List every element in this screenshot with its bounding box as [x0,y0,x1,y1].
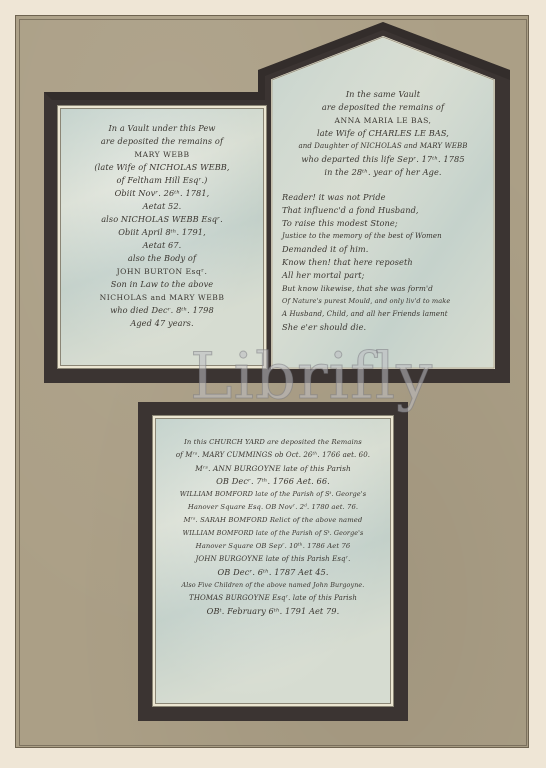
verse-line: But know likewise, that she was form'd [274,282,492,295]
inscription-line: in the 28ᵗʰ. year of her Age. [274,166,492,179]
right-memorial-tablet: In the same Vault are deposited the rema… [274,88,492,334]
verse-line: Of Nature's purest Mould, and only liv'd… [274,295,492,308]
inscription-line: OB Decʳ. 6ᵗʰ. 1787 Aet 45. [155,566,391,579]
verse-line: Know then! that here reposeth [274,256,492,269]
inscription-line: Hanover Square Esq. OB Novʳ. 2ᵈ. 1780 ae… [155,501,391,514]
inscription-line: and Daughter of NICHOLAS and MARY WEBB [274,140,492,153]
inscription-line: THOMAS BURGOYNE Esqʳ. late of this Paris… [155,592,391,605]
inscription-line: In the same Vault [274,88,492,101]
inscription-line: of Mʳˢ. MARY CUMMINGS ob Oct. 26ᵗʰ. 1766… [155,449,391,462]
inscription-line: MARY WEBB [60,148,264,161]
inscription-line: late Wife of CHARLES LE BAS, [274,127,492,140]
verse-line: That influenc'd a fond Husband, [274,204,492,217]
inscription-line: Hanover Square OB Sepʳ. 10ᵗʰ. 1786 Aet 7… [155,540,391,553]
inscription-line: are deposited the remains of [60,135,264,148]
inscription-line: Mʳˢ. SARAH BOMFORD Relict of the above n… [155,514,391,527]
inscription-line: Obiit April 8ᵗʰ. 1791, [60,226,264,239]
epitaph-verse: Reader! it was not Pride That influenc'd… [274,191,492,334]
inscription-line: WILLIAM BOMFORD late of the Parish of Sᵗ… [155,527,391,540]
inscription-line: OB Decʳ. 7ᵗʰ. 1766 Aet. 66. [155,475,391,488]
inscription-line: are deposited the remains of [274,101,492,114]
verse-line: Demanded it of him. [274,243,492,256]
inscription-line: NICHOLAS and MARY WEBB [60,291,264,304]
inscription-line: ANNA MARIA LE BAS, [274,114,492,127]
verse-line: A Husband, Child, and all her Friends la… [274,308,492,321]
inscription-line: WILLIAM BOMFORD late of the Parish of Sᵗ… [155,488,391,501]
verse-line: All her mortal part; [274,269,492,282]
inscription-line: Son in Law to the above [60,278,264,291]
inscription-line: JOHN BURTON Esqʳ. [60,265,264,278]
verse-line: Reader! it was not Pride [274,191,492,204]
inscription-line: In this CHURCH YARD are deposited the Re… [155,436,391,449]
inscription-line: In a Vault under this Pew [60,122,264,135]
left-memorial-tablet: In a Vault under this Pew are deposited … [58,106,266,368]
inscription-line: Also Five Children of the above named Jo… [155,579,391,592]
inscription-line: Aetat 52. [60,200,264,213]
inscription-line: who died Decʳ. 8ᵗʰ. 1798 [60,304,264,317]
inscription-line: also the Body of [60,252,264,265]
churchyard-memorial-tablet: In this CHURCH YARD are deposited the Re… [153,416,393,706]
inscription-line: (late Wife of NICHOLAS WEBB, [60,161,264,174]
inscription-line: Obiit Novʳ. 26ᵗʰ. 1781, [60,187,264,200]
inscription-line: who departed this life Sepʳ. 17ᵗʰ. 1785 [274,153,492,166]
inscription-line: Aetat 67. [60,239,264,252]
inscription-line: also NICHOLAS WEBB Esqʳ. [60,213,264,226]
verse-line: Justice to the memory of the best of Wom… [274,230,492,243]
inscription-line: Aged 47 years. [60,317,264,330]
inscription-line: Mʳˢ. ANN BURGOYNE late of this Parish [155,462,391,475]
inscription-line: of Feltham Hill Esqʳ.) [60,174,264,187]
inscription-line: OBᵗ. February 6ᵗʰ. 1791 Aet 79. [155,605,391,618]
inscription-line: JOHN BURGOYNE late of this Parish Esqʳ. [155,553,391,566]
verse-line: To raise this modest Stone; [274,217,492,230]
verse-line: She e'er should die. [274,321,492,334]
